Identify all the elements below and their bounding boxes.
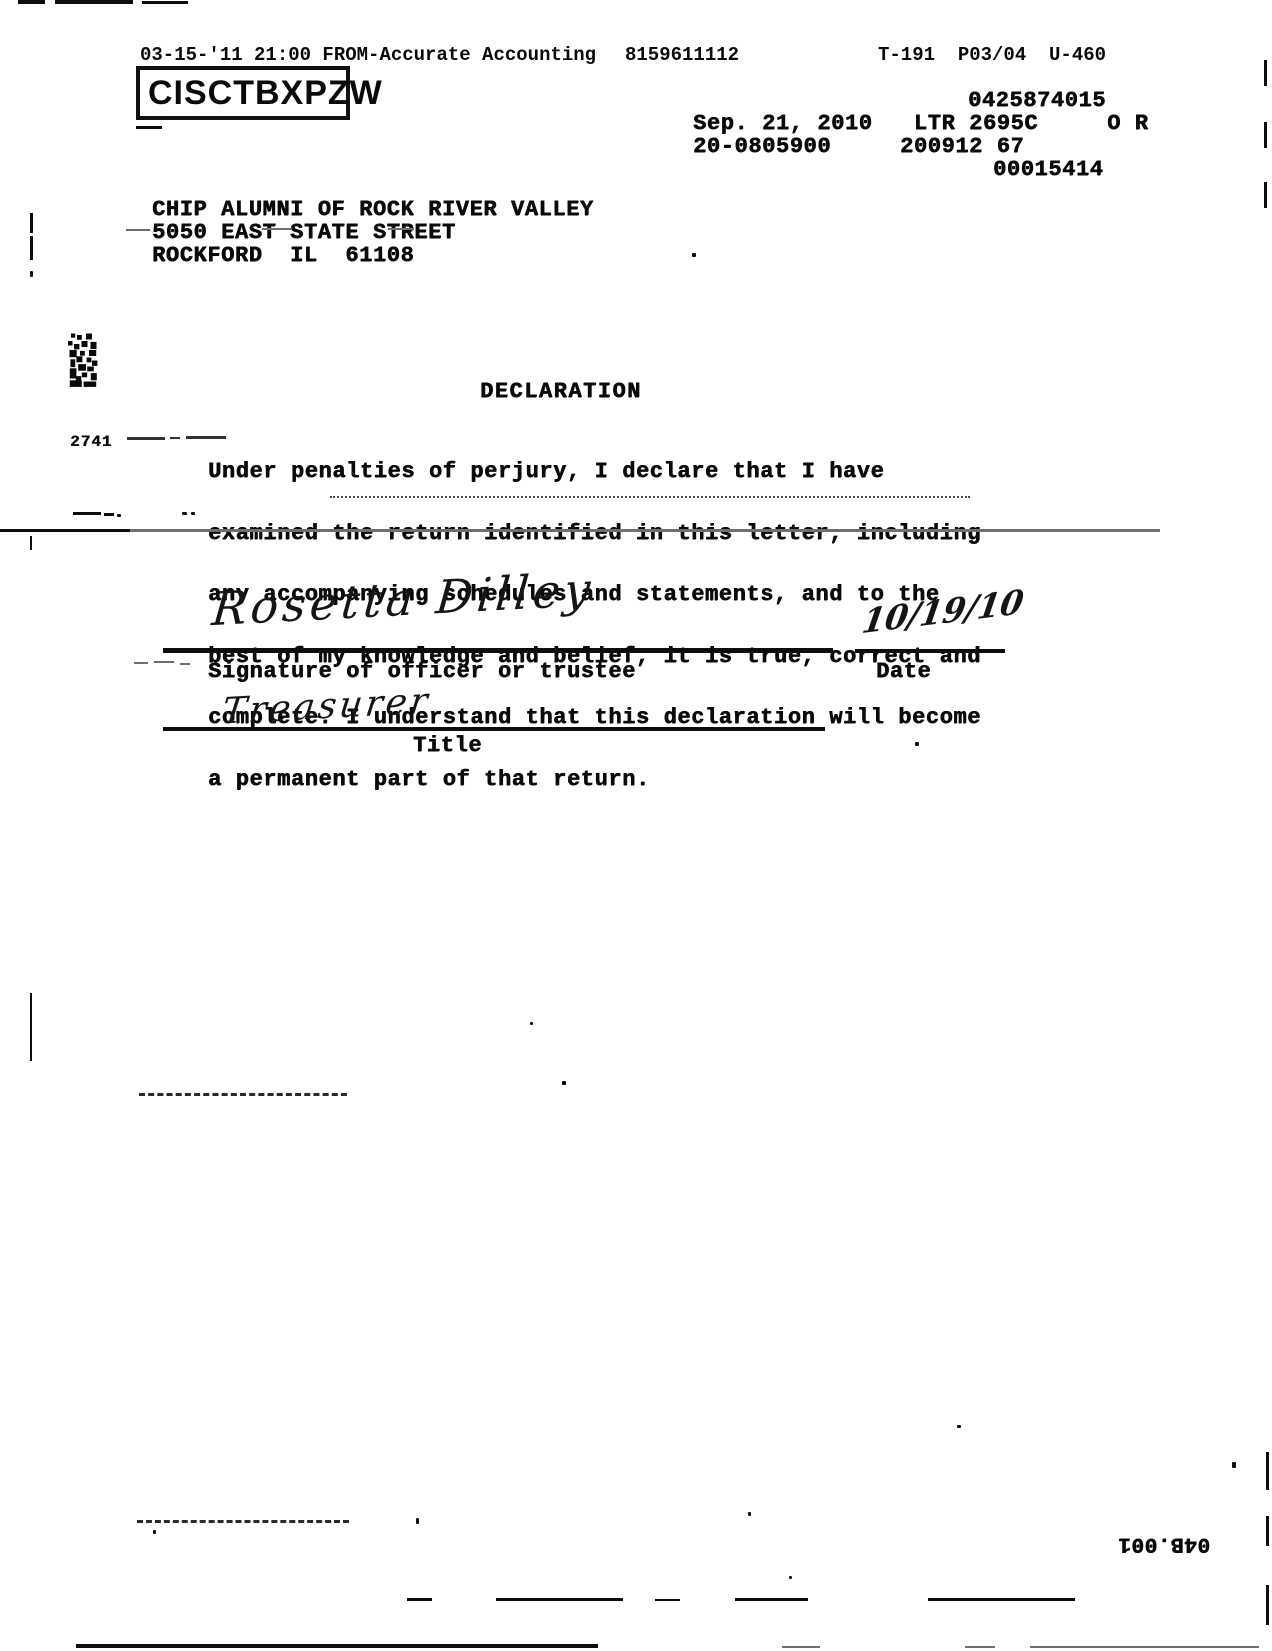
scan-artifact-dash (126, 229, 150, 231)
scan-artifact-dash (104, 513, 114, 516)
scan-artifact-edge-mark (30, 536, 32, 550)
stamp-code-box: CISCTBXPZW (136, 66, 350, 120)
irs-date-letter-line: Sep. 21, 2010 LTR 2695C O R (693, 111, 1148, 136)
fax-header-number: 8159611112 (625, 44, 739, 66)
declaration-line: Under penalties of perjury, I declare th… (208, 459, 981, 485)
scan-artifact-bottom-line (76, 1644, 598, 1648)
scan-artifact-dash (388, 228, 414, 230)
recipient-address-line2: ROCKFORD IL 61108 (152, 243, 414, 268)
scan-artifact-line (18, 0, 45, 4)
scan-artifact-bottom-line (782, 1646, 820, 1648)
scan-artifact-speck (30, 271, 33, 277)
scan-artifact-dash (655, 1599, 680, 1601)
data-matrix-stamp-icon (68, 333, 98, 391)
scan-artifact-speck (153, 1530, 156, 1534)
scan-artifact-dashed-row (137, 1520, 349, 1523)
scan-artifact-speck (416, 1518, 419, 1524)
irs-id-number: 0425874015 (960, 88, 1106, 113)
scan-artifact-dash (496, 1598, 623, 1601)
scan-artifact-dotted-line (330, 496, 970, 498)
scan-artifact-edge-mark (1266, 1452, 1269, 1490)
scan-artifact-edge-mark (1266, 1585, 1269, 1625)
scan-artifact-speck (1232, 1462, 1236, 1468)
scan-artifact-edge-mark (30, 236, 33, 260)
signature-line (163, 648, 833, 653)
scanned-fax-document-page: 03-15-'11 21:00 FROM-Accurate Accounting… (0, 0, 1272, 1651)
margin-code: 2741 (70, 433, 112, 451)
fax-header-datetime: 03-15-'11 21:00 FROM-Accurate Accounting (140, 44, 596, 66)
declaration-line: a permanent part of that return. (208, 767, 981, 793)
title-label: Title (413, 733, 482, 758)
scan-artifact-edge-mark (1264, 122, 1267, 148)
scan-artifact-line (55, 0, 133, 4)
scan-artifact-horizontal-line (0, 529, 130, 532)
scan-artifact-edge-mark (30, 213, 33, 233)
scan-artifact-speck (957, 1425, 961, 1428)
scan-artifact-bottom-line (965, 1646, 995, 1648)
rotated-footer-code: 04B.001 (1118, 1532, 1210, 1555)
recipient-name: CHIP ALUMNI OF ROCK RIVER VALLEY (152, 197, 594, 222)
scan-artifact-speck (915, 742, 919, 746)
scan-artifact-edge-mark (1266, 1516, 1269, 1546)
scan-artifact-dash (928, 1598, 1075, 1601)
scan-artifact-dash (73, 512, 101, 515)
scan-artifact-dash (127, 437, 165, 440)
scan-artifact-dash (262, 228, 292, 230)
scan-artifact-speck (748, 1512, 751, 1516)
scan-artifact-speck (789, 1576, 792, 1579)
scan-artifact-dash (170, 437, 180, 439)
scan-artifact-dash (407, 1598, 432, 1601)
scan-artifact-edge-mark (1264, 182, 1267, 208)
scan-artifact-edge-mark (30, 993, 32, 1061)
declaration-line: examined the return identified in this l… (208, 521, 981, 547)
scan-artifact-edge-mark (1264, 60, 1267, 86)
scan-artifact-dash (735, 1598, 808, 1601)
scan-artifact-bottom-line (1030, 1646, 1259, 1648)
irs-doc-number: 00015414 (993, 157, 1103, 182)
scan-artifact-dash (134, 662, 148, 664)
scan-artifact-speck (191, 512, 195, 515)
irs-ein-line: 20-0805900 200912 67 (693, 134, 1024, 159)
declaration-heading: DECLARATION (480, 379, 642, 404)
stamp-code-text: CISCTBXPZW (148, 74, 383, 113)
fax-header-transmission-info: T-191 P03/04 U-460 (878, 44, 1106, 66)
date-line (855, 649, 1005, 653)
date-label: Date (876, 659, 931, 684)
scan-artifact-speck (562, 1081, 566, 1085)
scan-artifact-speck (117, 514, 121, 517)
scan-artifact-dash (136, 126, 162, 129)
scan-artifact-speck (182, 512, 187, 515)
scan-artifact-dash (180, 663, 190, 665)
scan-artifact-horizontal-line (0, 529, 1160, 532)
recipient-address-line1: 5050 EAST STATE STREET (152, 220, 456, 245)
title-line (163, 727, 825, 731)
scan-artifact-speck (692, 253, 696, 257)
scan-artifact-speck (530, 1022, 533, 1025)
scan-artifact-dashed-row (139, 1093, 347, 1096)
scan-artifact-dash (154, 661, 174, 663)
scan-artifact-line (142, 1, 188, 4)
